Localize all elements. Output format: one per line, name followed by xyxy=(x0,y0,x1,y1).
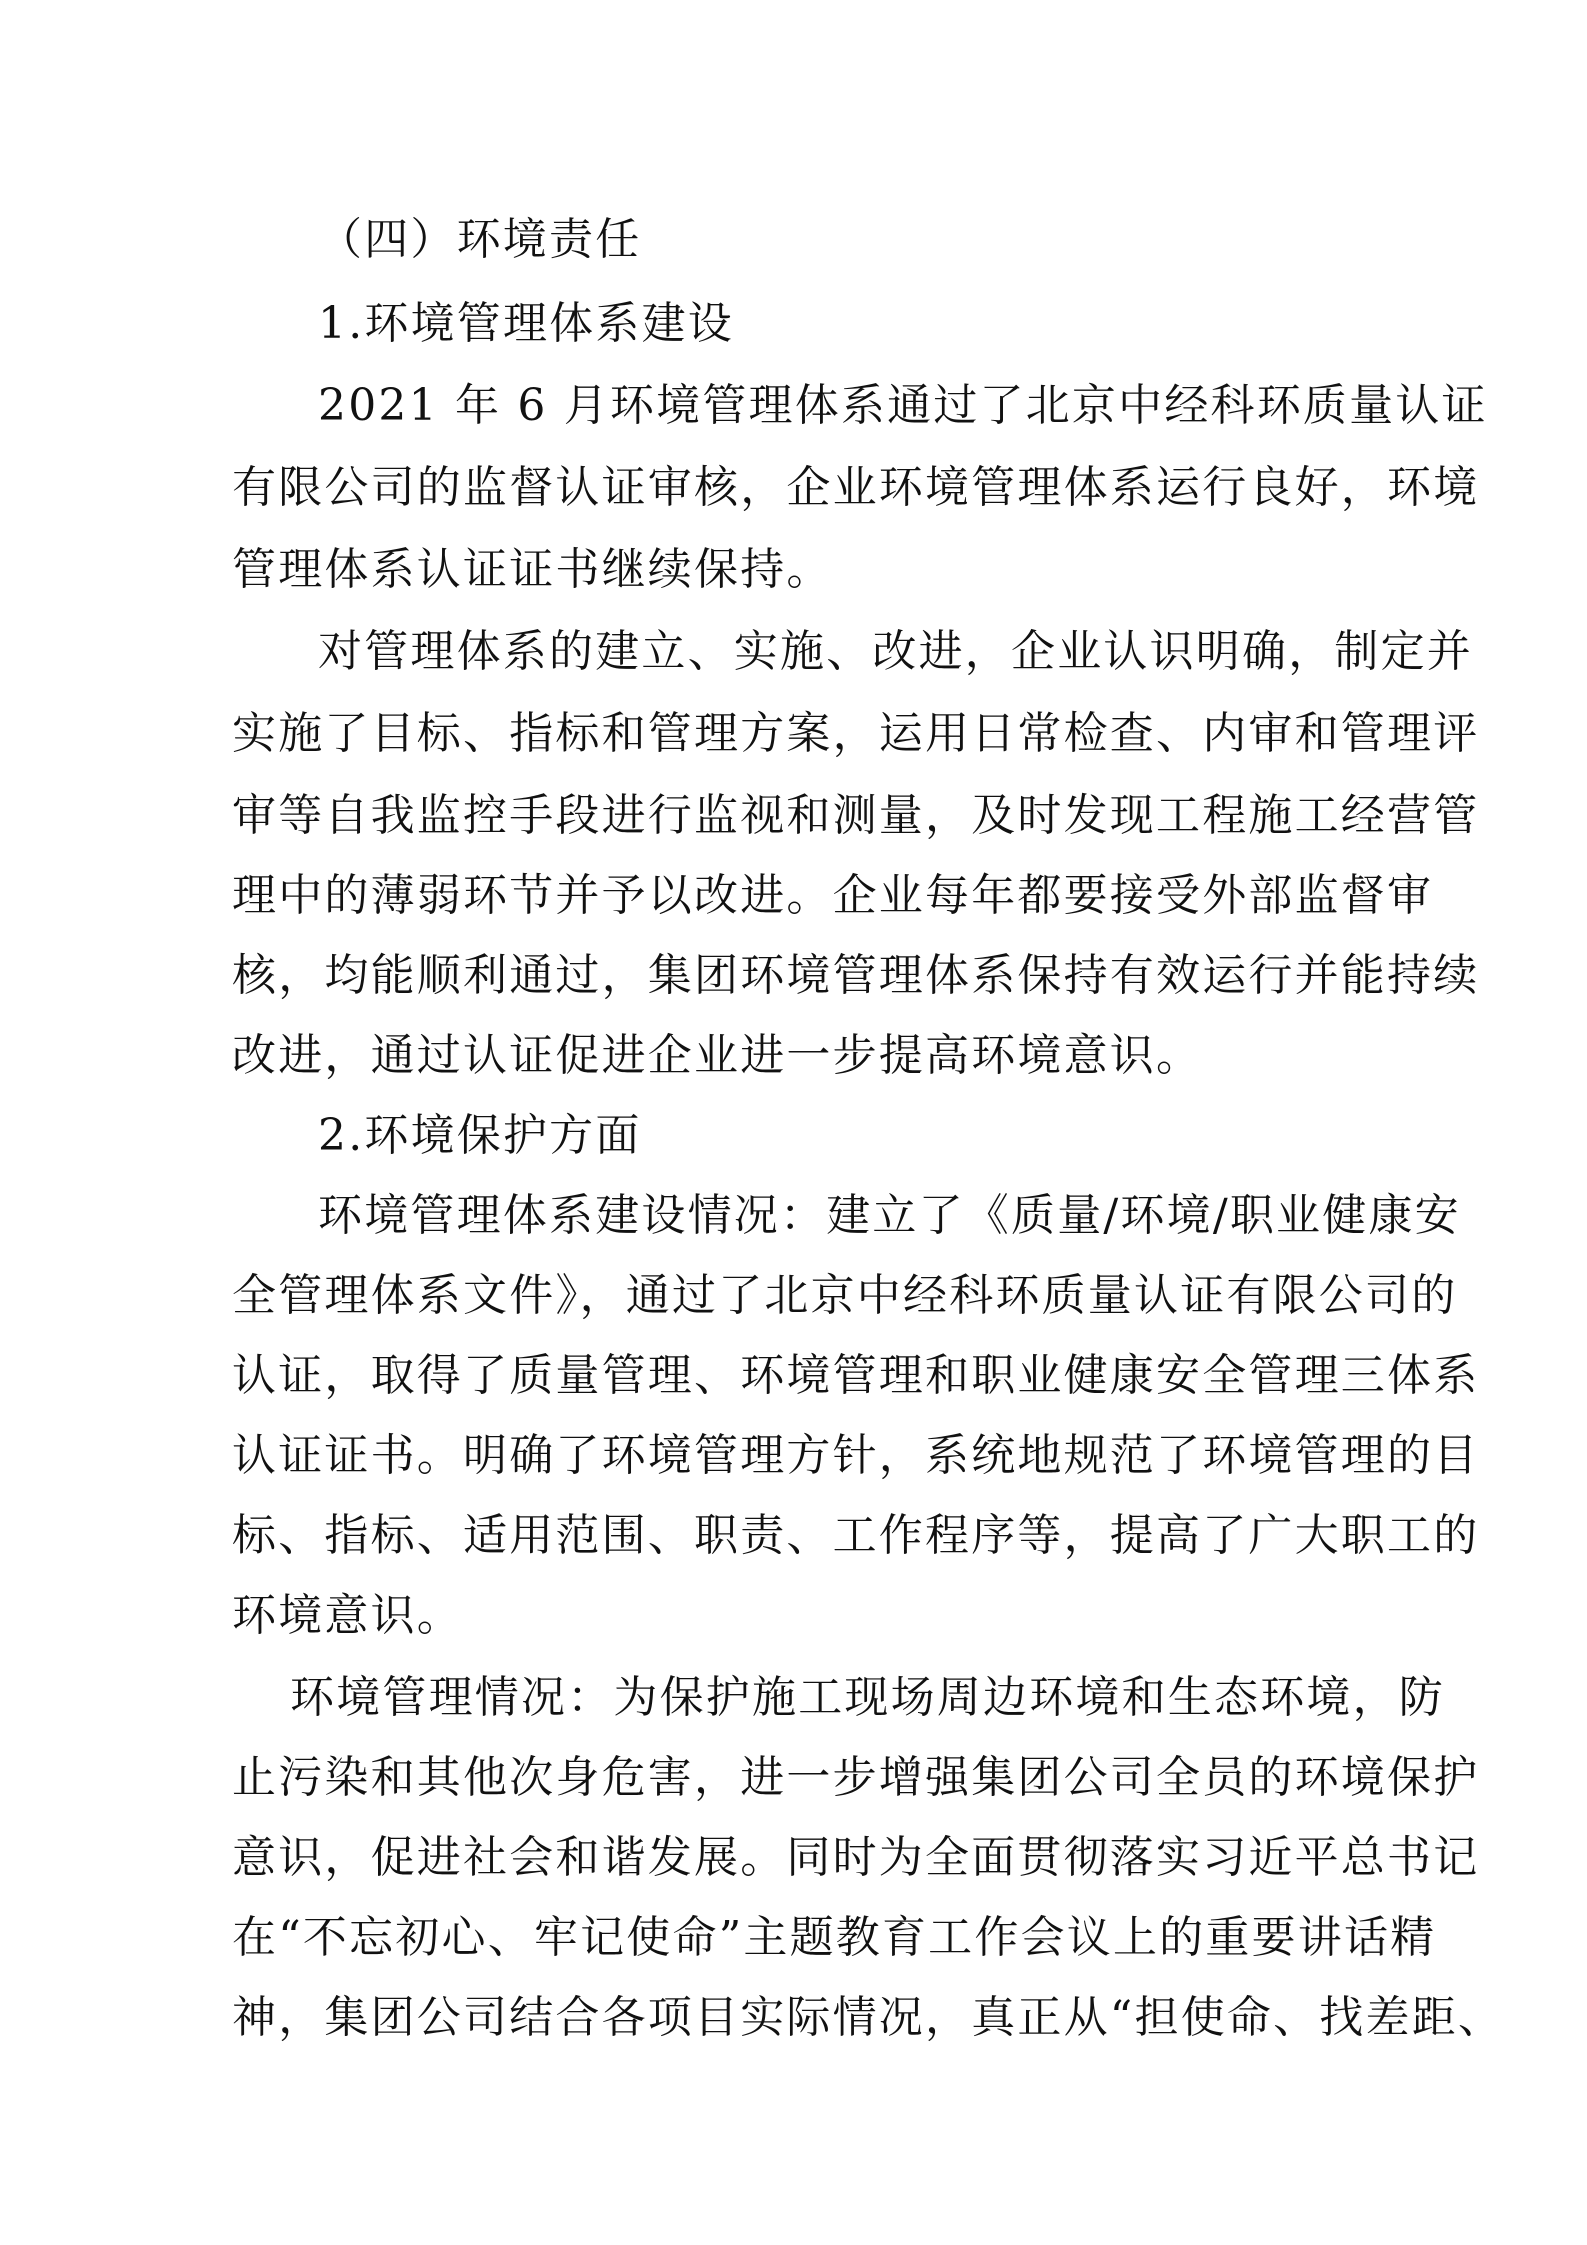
paragraph-line: 核，均能顺利通过，集团环境管理体系保持有效运行并能持续 xyxy=(232,948,1362,1004)
paragraph-line: 神，集团公司结合各项目实际情况，真正从“担使命、找差距、 xyxy=(232,1990,1362,2046)
paragraph-line: 有限公司的监督认证审核，企业环境管理体系运行良好，环境 xyxy=(232,460,1362,516)
paragraph-line: 标、指标、适用范围、职责、工作程序等，提高了广大职工的 xyxy=(232,1508,1362,1564)
paragraph-line: 2021 年 6 月环境管理体系通过了北京中经科环质量认证 xyxy=(318,378,1362,434)
paragraph-line: 管理体系认证证书继续保持。 xyxy=(232,542,1362,598)
paragraph-line: 在“不忘初心、牢记使命”主题教育工作会议上的重要讲话精 xyxy=(232,1910,1362,1966)
subsection-heading-1: 1.环境管理体系建设 xyxy=(318,296,1362,352)
paragraph-line: 意识，促进社会和谐发展。同时为全面贯彻落实习近平总书记 xyxy=(232,1830,1362,1886)
paragraph-line: 全管理体系文件》，通过了北京中经科环质量认证有限公司的 xyxy=(232,1268,1362,1324)
paragraph-line: 对管理体系的建立、实施、改进，企业认识明确，制定并 xyxy=(318,624,1362,680)
paragraph-line: 环境意识。 xyxy=(232,1588,1362,1644)
paragraph-line: 认证证书。明确了环境管理方针，系统地规范了环境管理的目 xyxy=(232,1428,1362,1484)
paragraph-line: 实施了目标、指标和管理方案，运用日常检查、内审和管理评 xyxy=(232,706,1362,762)
paragraph-line: 理中的薄弱环节并予以改进。企业每年都要接受外部监督审 xyxy=(232,868,1362,924)
document-page: （四）环境责任 1.环境管理体系建设 2021 年 6 月环境管理体系通过了北京… xyxy=(0,0,1587,2245)
paragraph-line: 环境管理情况：为保护施工现场周边环境和生态环境，防 xyxy=(290,1670,1362,1726)
paragraph-line: 止污染和其他次身危害，进一步增强集团公司全员的环境保护 xyxy=(232,1750,1362,1806)
paragraph-line: 改进，通过认证促进企业进一步提高环境意识。 xyxy=(232,1028,1362,1084)
section-heading: （四）环境责任 xyxy=(318,212,1448,268)
paragraph-line: 认证，取得了质量管理、环境管理和职业健康安全管理三体系 xyxy=(232,1348,1362,1404)
paragraph-line: 审等自我监控手段进行监视和测量，及时发现工程施工经营管 xyxy=(232,788,1362,844)
subsection-heading-2: 2.环境保护方面 xyxy=(318,1108,1362,1164)
paragraph-line: 环境管理体系建设情况：建立了《质量/环境/职业健康安 xyxy=(318,1188,1362,1244)
